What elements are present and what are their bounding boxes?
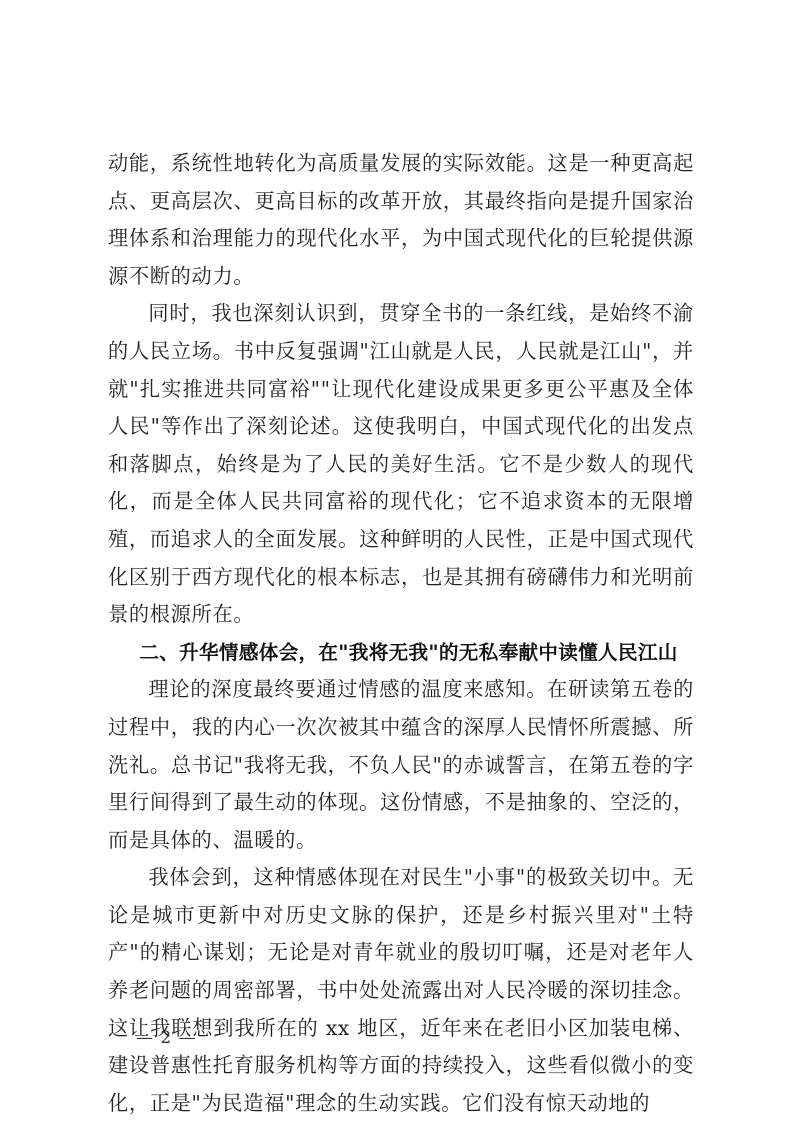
paragraph-people-stance: 同时，我也深刻认识到，贯穿全书的一条红线，是始终不渝的人民立场。书中反复强调"江… [108, 295, 694, 633]
paragraph-emotion: 理论的深度最终要通过情感的温度来感知。在研读第五卷的过程中，我的内心一次次被其中… [108, 671, 694, 859]
section-heading: 二、升华情感体会，在"我将无我"的无私奉献中读懂人民江山 [108, 634, 694, 672]
page-number: — 2 — [136, 1028, 197, 1048]
paragraph-continued: 动能，系统性地转化为高质量发展的实际效能。这是一种更高起点、更高层次、更高目标的… [108, 145, 694, 295]
paragraph-livelihood: 我体会到，这种情感体现在对民生"小事"的极致关切中。无论是城市更新中对历史文脉的… [108, 859, 694, 1122]
document-body: 动能，系统性地转化为高质量发展的实际效能。这是一种更高起点、更高层次、更高目标的… [108, 145, 694, 1122]
document-page: 动能，系统性地转化为高质量发展的实际效能。这是一种更高起点、更高层次、更高目标的… [0, 0, 793, 1122]
